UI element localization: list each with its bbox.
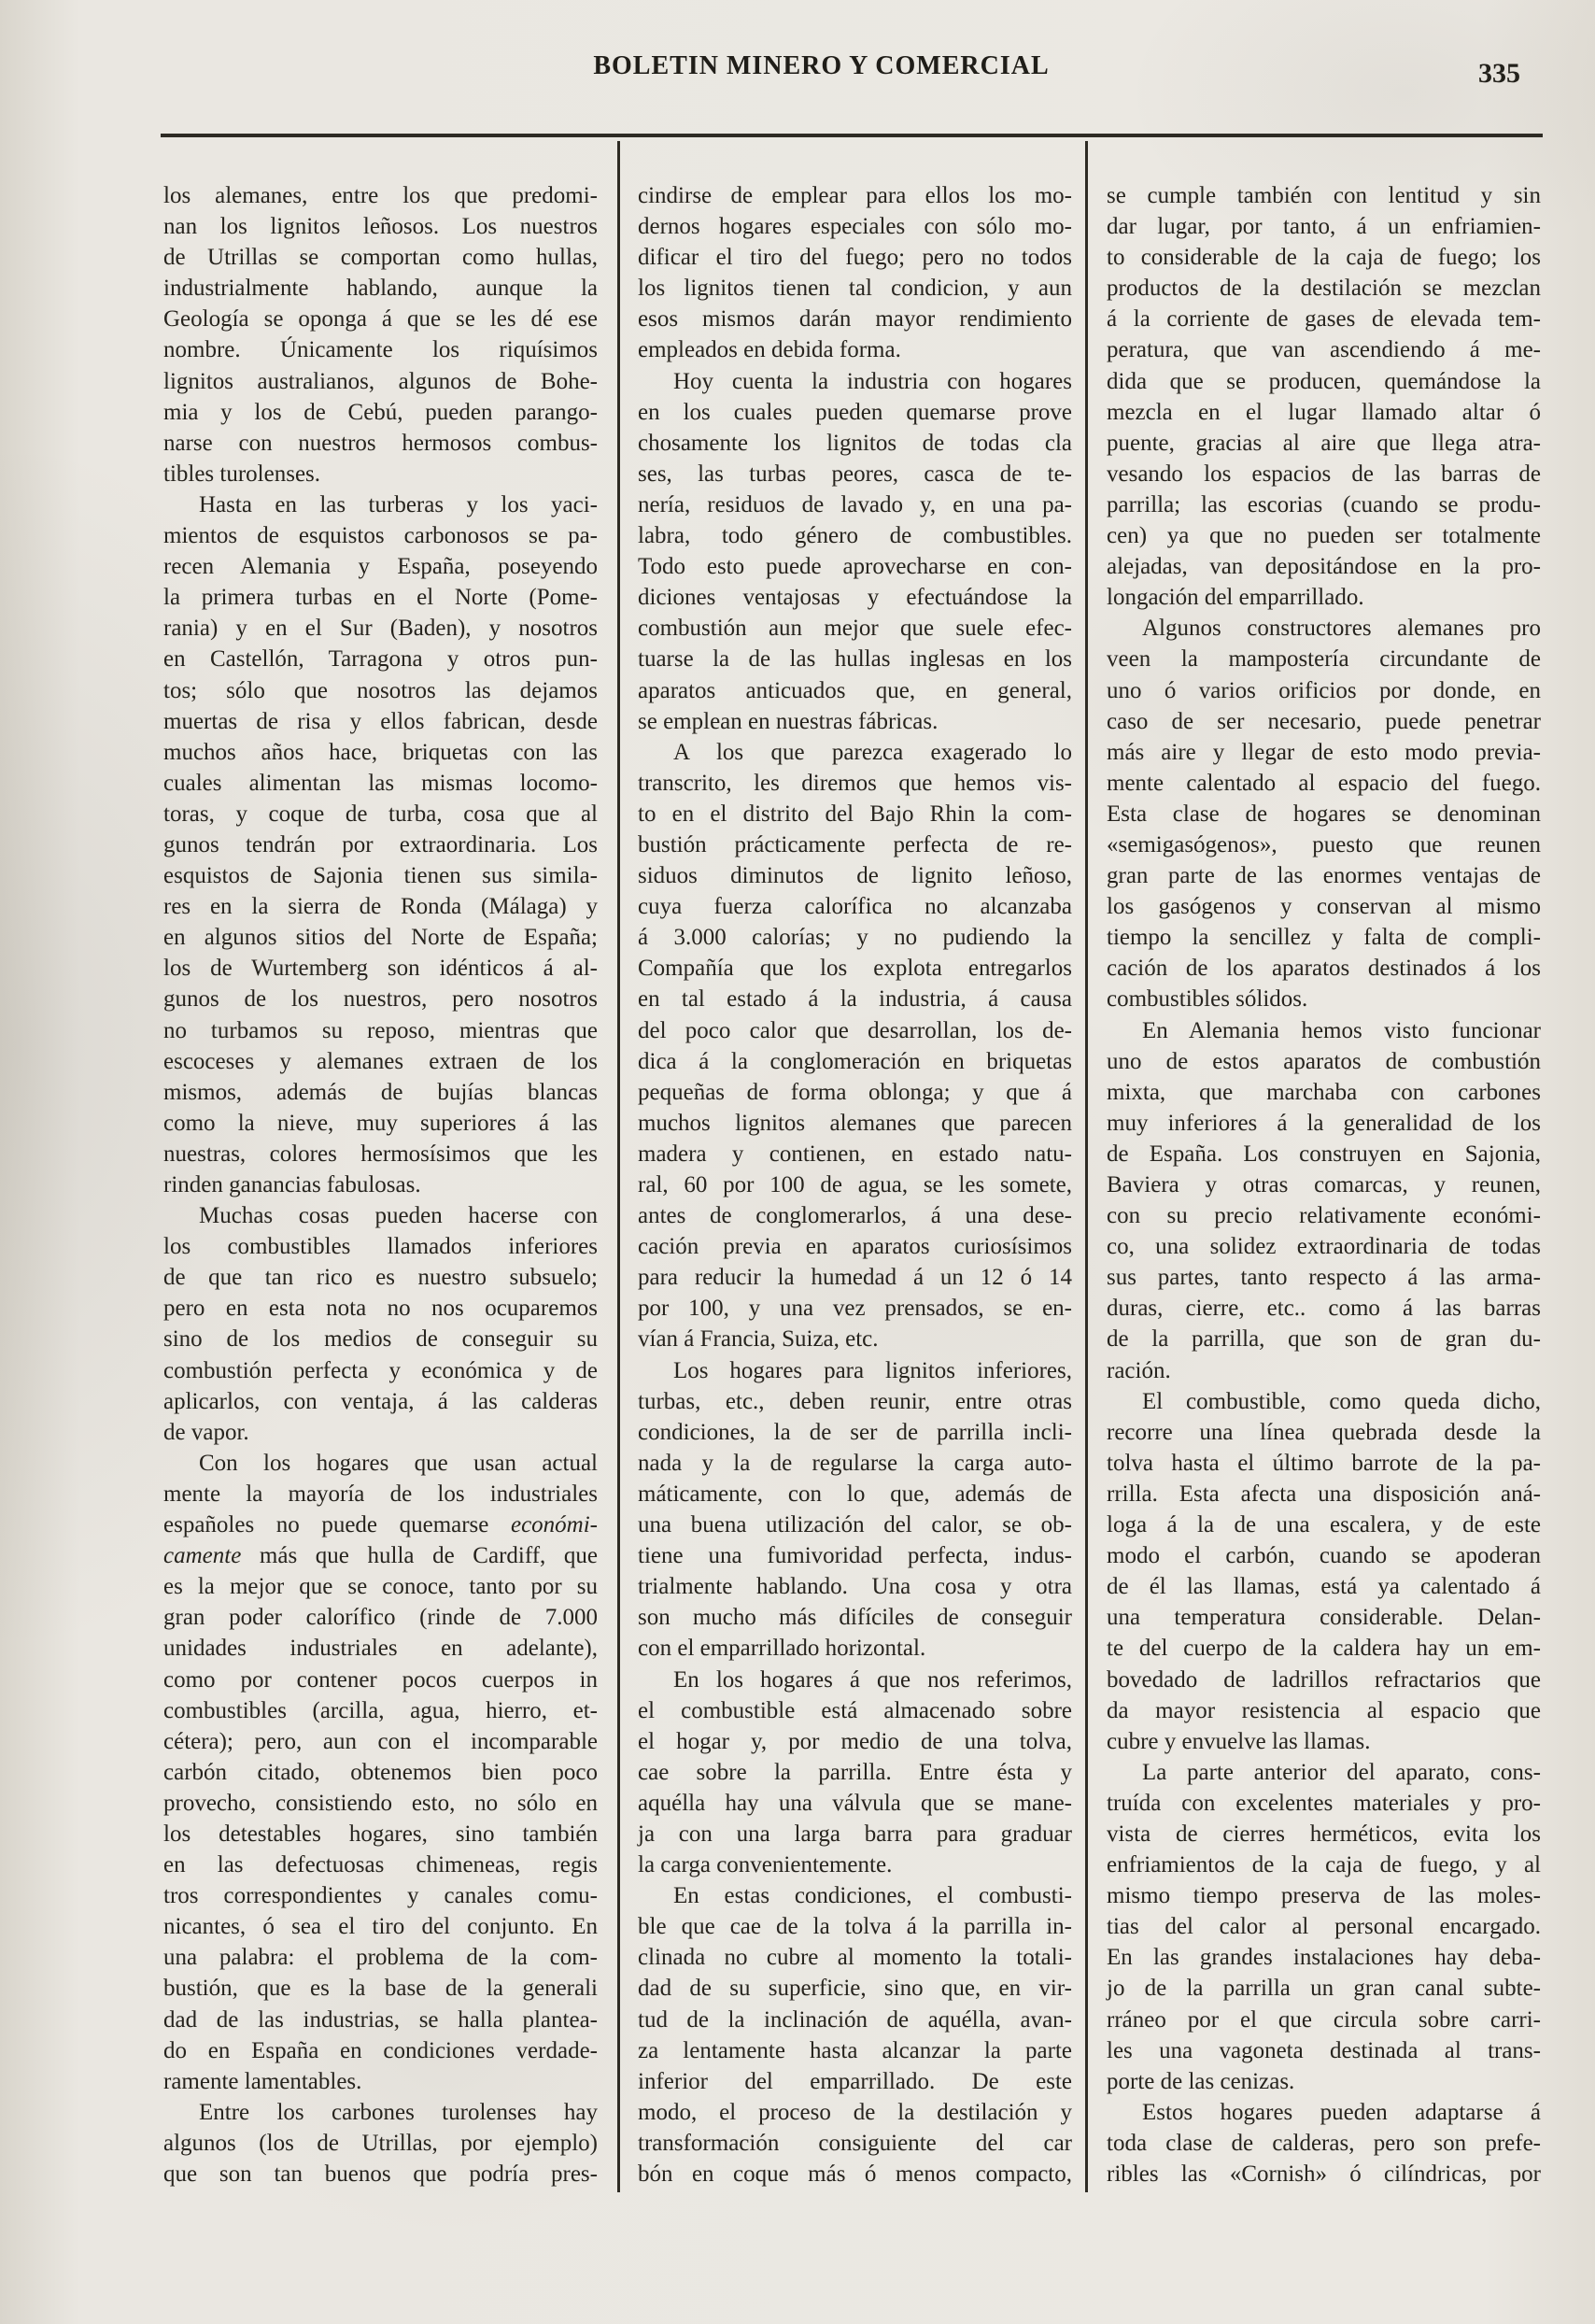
text-line: madera y contienen, en estado natu- [638, 1139, 1072, 1169]
text-line: en los cuales pueden quemarse prove [638, 397, 1072, 428]
text-line: dar lugar, por tanto, á un enfriamien- [1107, 211, 1541, 242]
text-line: dernos hogares especiales con sólo mo- [638, 211, 1072, 242]
article-column-3: se cumple también con lentitud y sindar … [1107, 180, 1541, 2189]
text-line: El combustible, como queda dicho, [1107, 1386, 1541, 1417]
text-line: como por contener pocos cuerpos in [163, 1665, 598, 1695]
text-line: narse con nuestros hermosos combus- [163, 428, 598, 459]
text-line: máticamente, con lo que, además de [638, 1479, 1072, 1509]
text-line: más aire y llegar de esto modo previa- [1107, 737, 1541, 768]
text-line: camente más que hulla de Cardiff, que [163, 1540, 598, 1571]
text-line: el hogar y, por medio de una tolva, [638, 1726, 1072, 1757]
text-line: Con los hogares que usan actual [163, 1448, 598, 1479]
text-line: modo el carbón, cuando se apoderan [1107, 1540, 1541, 1571]
text-line: Compañía que los explota entregarlos [638, 953, 1072, 984]
text-line: te del cuerpo de la caldera hay un em- [1107, 1633, 1541, 1664]
text-line: mientos de esquistos carbonosos se pa- [163, 520, 598, 551]
text-line: una palabra: el problema de la com- [163, 1942, 598, 1973]
text-line: en algunos sitios del Norte de España; [163, 922, 598, 953]
text-line: para reducir la humedad á un 12 ó 14 [638, 1262, 1072, 1293]
text-line: muchos años hace, briquetas con las [163, 737, 598, 768]
text-line: combustibles (arcilla, agua, hierro, et- [163, 1695, 598, 1726]
text-line: cubre y envuelve las llamas. [1107, 1726, 1541, 1757]
text-line: recorre una línea quebrada desde la [1107, 1417, 1541, 1448]
text-line: Geología se oponga á que se les dé ese [163, 304, 598, 334]
text-line: Algunos constructores alemanes pro [1107, 613, 1541, 644]
text-line: dad de su superficie, sino que, en vir- [638, 1973, 1072, 2004]
text-line: toda clase de calderas, pero son prefe- [1107, 2128, 1541, 2159]
text-line: esos mismos darán mayor rendimiento [638, 304, 1072, 334]
text-line: con el emparrillado horizontal. [638, 1633, 1072, 1664]
text-line: el combustible está almacenado sobre [638, 1695, 1072, 1726]
text-line: una buena utilización del calor, se ob- [638, 1509, 1072, 1540]
text-line: peratura, que van ascendiendo á me- [1107, 334, 1541, 365]
text-line: aquélla hay una válvula que se mane- [638, 1788, 1072, 1819]
text-line: condiciones, la de ser de parrilla incli… [638, 1417, 1072, 1448]
text-line: pero en esta nota no nos ocuparemos [163, 1293, 598, 1324]
text-line: tolva hasta el último barrote de la pa- [1107, 1448, 1541, 1479]
text-line: duras, cierre, etc.. como á las barras [1107, 1293, 1541, 1324]
text-line: vesando los espacios de las barras de [1107, 459, 1541, 489]
text-line: Los hogares para lignitos inferiores, [638, 1355, 1072, 1386]
text-line: nuestras, colores hermosísimos que les [163, 1139, 598, 1169]
text-line: gunos tendrán por extraordinaria. Los [163, 829, 598, 860]
text-line: antes de conglomerarlos, á una dese- [638, 1200, 1072, 1231]
text-line: escoceses y alemanes extraen de los [163, 1046, 598, 1077]
text-line: con su precio relativamente económi- [1107, 1200, 1541, 1231]
text-line: á la corriente de gases de elevada tem- [1107, 304, 1541, 334]
text-line: la primera turbas en el Norte (Pome- [163, 582, 598, 613]
text-line: to considerable de la caja de fuego; los [1107, 242, 1541, 273]
text-line: tud de la inclinación de aquélla, avan- [638, 2005, 1072, 2035]
text-line: tros correspondientes y canales comu- [163, 1880, 598, 1911]
text-line: to en el distrito del Bajo Rhin la com- [638, 799, 1072, 829]
text-line: modo, el proceso de la destilación y [638, 2097, 1072, 2128]
text-line: res en la sierra de Ronda (Málaga) y [163, 891, 598, 922]
text-line: unidades industriales en adelante), [163, 1633, 598, 1664]
text-line: clinada no cubre al momento la totali- [638, 1942, 1072, 1973]
text-line: A los que parezca exagerado lo [638, 737, 1072, 768]
text-line: vían á Francia, Suiza, etc. [638, 1324, 1072, 1354]
text-line: no turbamos su reposo, mientras que [163, 1015, 598, 1046]
text-line: Todo esto puede aprovecharse en con- [638, 551, 1072, 582]
text-line: recen Alemania y España, poseyendo [163, 551, 598, 582]
masthead-title: BOLETIN MINERO Y COMERCIAL [133, 53, 1510, 79]
text-line: mia y los de Cebú, pueden parango- [163, 397, 598, 428]
text-line: porte de las cenizas. [1107, 2066, 1541, 2097]
text-line: parrilla; las escorias (cuando se produ- [1107, 489, 1541, 520]
text-line: combustión perfecta y económica y de [163, 1355, 598, 1386]
text-line: la carga convenientemente. [638, 1849, 1072, 1880]
text-line: ble que cae de la tolva á la parrilla in… [638, 1911, 1072, 1942]
text-line: chosamente los lignitos de todas cla [638, 428, 1072, 459]
text-line: tiene una fumivoridad perfecta, indus- [638, 1540, 1072, 1571]
text-line: tiempo la sencillez y falta de compli- [1107, 922, 1541, 953]
text-line: da mayor resistencia al espacio que [1107, 1695, 1541, 1726]
text-line: tias del calor al personal encargado. [1107, 1911, 1541, 1942]
scanned-bulletin-page: BOLETIN MINERO Y COMERCIAL 335 los alema… [0, 0, 1595, 2324]
text-line: transcrito, les diremos que hemos vis- [638, 768, 1072, 799]
text-line: los gasógenos y conservan al mismo [1107, 891, 1541, 922]
text-line: gran poder calorífico (rinde de 7.000 [163, 1602, 598, 1633]
text-line: Estos hogares pueden adaptarse á [1107, 2097, 1541, 2128]
text-line: productos de la destilación se mezclan [1107, 273, 1541, 304]
article-column-2: cindirse de emplear para ellos los mo-de… [638, 180, 1072, 2189]
text-line: los detestables hogares, sino también [163, 1819, 598, 1849]
text-line: za lentamente hasta alcanzar la parte [638, 2035, 1072, 2066]
text-line: inferior del emparrillado. De este [638, 2066, 1072, 2097]
text-line: alejadas, van depositándose en la pro- [1107, 551, 1541, 582]
text-line: uno de estos aparatos de combustión [1107, 1046, 1541, 1077]
text-line: dificar el tiro del fuego; pero no todos [638, 242, 1072, 273]
text-line: transformación consiguiente del car [638, 2128, 1072, 2159]
article-column-1: los alemanes, entre los que predomi-nan … [163, 180, 598, 2189]
text-line: son mucho más difíciles de conseguir [638, 1602, 1072, 1633]
text-line: mixta, que marchaba con carbones [1107, 1077, 1541, 1108]
text-line: co, una solidez extraordinaria de todas [1107, 1231, 1541, 1262]
text-line: algunos (los de Utrillas, por ejemplo) [163, 2128, 598, 2159]
text-line: rrilla. Esta afecta una disposición aná- [1107, 1479, 1541, 1509]
text-line: tuarse la de las hullas inglesas en los [638, 644, 1072, 674]
text-line: mismos, además de bujías blancas [163, 1077, 598, 1108]
text-line: en tal estado á la industria, á causa [638, 984, 1072, 1014]
text-line: loga á la de una escalera, y de este [1107, 1509, 1541, 1540]
text-line: de que tan rico es nuestro subsuelo; [163, 1262, 598, 1293]
text-line: Baviera y otras comarcas, y reunen, [1107, 1169, 1541, 1200]
text-line: bustión, que es la base de la generali [163, 1973, 598, 2004]
text-line: los combustibles llamados inferiores [163, 1231, 598, 1262]
text-line: en las defectuosas chimeneas, regis [163, 1849, 598, 1880]
text-line: Entre los carbones turolenses hay [163, 2097, 598, 2128]
text-line: empleados en debida forma. [638, 334, 1072, 365]
text-line: españoles no puede quemarse económi- [163, 1509, 598, 1540]
text-line: les una vagoneta destinada al trans- [1107, 2035, 1541, 2066]
text-line: ja con una larga barra para graduar [638, 1819, 1072, 1849]
text-line: La parte anterior del aparato, cons- [1107, 1757, 1541, 1788]
text-line: cuya fuerza calorífica no alcanzaba [638, 891, 1072, 922]
text-line: caso de ser necesario, puede penetrar [1107, 706, 1541, 737]
text-line: cindirse de emplear para ellos los mo- [638, 180, 1072, 211]
text-line: En los hogares á que nos referimos, [638, 1665, 1072, 1695]
text-line: sino de los medios de conseguir su [163, 1324, 598, 1354]
text-line: los de Wurtemberg son idénticos á al- [163, 953, 598, 984]
text-line: En Alemania hemos visto funcionar [1107, 1015, 1541, 1046]
article-body: los alemanes, entre los que predomi-nan … [163, 180, 1541, 2189]
text-line: que son tan buenos que podría pres- [163, 2159, 598, 2189]
text-line: pequeñas de forma oblonga; y que á [638, 1077, 1072, 1108]
text-line: ribles las «Cornish» ó cilíndricas, por [1107, 2159, 1541, 2189]
text-line: vista de cierres herméticos, evita los [1107, 1819, 1541, 1849]
text-line: de España. Los construyen en Sajonia, [1107, 1139, 1541, 1169]
text-line: ses, las turbas peores, casca de te- [638, 459, 1072, 489]
text-line: enfriamientos de la caja de fuego, y al [1107, 1849, 1541, 1880]
text-line: Hasta en las turberas y los yaci- [163, 489, 598, 520]
text-line: de la parrilla, que son de gran du- [1107, 1324, 1541, 1354]
text-line: Esta clase de hogares se denominan [1107, 799, 1541, 829]
text-line: los alemanes, entre los que predomi- [163, 180, 598, 211]
text-line: aplicarlos, con ventaja, á las calderas [163, 1386, 598, 1417]
text-line: toras, y coque de turba, cosa que al [163, 799, 598, 829]
text-line: gran parte de las enormes ventajas de [1107, 860, 1541, 891]
text-line: nombre. Únicamente los riquísimos [163, 334, 598, 365]
text-line: nan los lignitos leñosos. Los nuestros [163, 211, 598, 242]
text-line: bustión prácticamente perfecta de re- [638, 829, 1072, 860]
text-line: dica á la conglomeración en briquetas [638, 1046, 1072, 1077]
text-line: mente la mayoría de los industriales [163, 1479, 598, 1509]
text-line: uno ó varios orificios por donde, en [1107, 675, 1541, 706]
text-line: aparatos anticuados que, en general, [638, 675, 1072, 706]
text-line: nería, residuos de lavado y, en una pa- [638, 489, 1072, 520]
text-line: combustión aun mejor que suele efec- [638, 613, 1072, 644]
text-line: se cumple también con lentitud y sin [1107, 180, 1541, 211]
text-line: En estas condiciones, el combusti- [638, 1880, 1072, 1911]
text-line: diciones ventajosas y efectuándose la [638, 582, 1072, 613]
text-line: provecho, consistiendo esto, no sólo en [163, 1788, 598, 1819]
text-line: Muchas cosas pueden hacerse con [163, 1200, 598, 1231]
header-rule [161, 134, 1543, 137]
text-line: mismo tiempo preserva de las moles- [1107, 1880, 1541, 1911]
text-line: por 100, y una vez prensados, se en- [638, 1293, 1072, 1324]
text-line: rráneo por el que circula sobre carri- [1107, 2005, 1541, 2035]
text-line: jo de la parrilla un gran canal subte- [1107, 1973, 1541, 2004]
text-line: trialmente hablando. Una cosa y otra [638, 1571, 1072, 1602]
text-line: los lignitos tienen tal condicion, y aun [638, 273, 1072, 304]
text-line: mezcla en el lugar llamado altar ó [1107, 397, 1541, 428]
text-line: es la mejor que se conoce, tanto por su [163, 1571, 598, 1602]
text-line: cación previa en aparatos curiosísimos [638, 1231, 1072, 1262]
text-line: esquistos de Sajonia tienen sus simila- [163, 860, 598, 891]
text-line: cuales alimentan las mismas locomo- [163, 768, 598, 799]
text-line: veen la mampostería circundante de [1107, 644, 1541, 674]
text-line: dad de las industrias, se halla plantea- [163, 2005, 598, 2035]
text-line: de él las llamas, está ya calentado á [1107, 1571, 1541, 1602]
text-line: á 3.000 calorías; y no pudiendo la [638, 922, 1072, 953]
text-line: gunos de los nuestros, pero nosotros [163, 984, 598, 1014]
text-line: combustibles sólidos. [1107, 984, 1541, 1014]
text-line: tibles turolenses. [163, 459, 598, 489]
text-line: cae sobre la parrilla. Entre ésta y [638, 1757, 1072, 1788]
text-line: cación de los aparatos destinados á los [1107, 953, 1541, 984]
text-line: rania) y en el Sur (Baden), y nosotros [163, 613, 598, 644]
text-line: nicantes, ó sea el tiro del conjunto. En [163, 1911, 598, 1942]
text-line: muertas de risa y ellos fabrican, desde [163, 706, 598, 737]
text-line: mente calentado al espacio del fuego. [1107, 768, 1541, 799]
text-line: «semigasógenos», puesto que reunen [1107, 829, 1541, 860]
text-line: una temperatura considerable. Delan- [1107, 1602, 1541, 1633]
text-line: siduos diminutos de lignito leñoso, [638, 860, 1072, 891]
text-line: ración. [1107, 1355, 1541, 1386]
text-line: sus partes, tanto respecto á las arma- [1107, 1262, 1541, 1293]
text-line: del poco calor que desarrollan, los de- [638, 1015, 1072, 1046]
text-line: labra, todo género de combustibles. [638, 520, 1072, 551]
text-line: tos; sólo que nosotros las dejamos [163, 675, 598, 706]
text-line: puente, gracias al aire que llega atra- [1107, 428, 1541, 459]
text-line: de Utrillas se comportan como hullas, [163, 242, 598, 273]
text-line: se emplean en nuestras fábricas. [638, 706, 1072, 737]
text-line: bovedado de ladrillos refractarios que [1107, 1665, 1541, 1695]
text-line: muy inferiores á la generalidad de los [1107, 1108, 1541, 1139]
text-line: cétera); pero, aun con el incomparable [163, 1726, 598, 1757]
text-line: En las grandes instalaciones hay deba- [1107, 1942, 1541, 1973]
text-line: como la nieve, muy superiores á las [163, 1108, 598, 1139]
text-line: turbas, etc., deben reunir, entre otras [638, 1386, 1072, 1417]
text-line: ral, 60 por 100 de agua, se les somete, [638, 1169, 1072, 1200]
text-line: Hoy cuenta la industria con hogares [638, 366, 1072, 397]
text-line: do en España en condiciones verdade- [163, 2035, 598, 2066]
page-number: 335 [1478, 60, 1520, 88]
text-line: bón en coque más ó menos compacto, [638, 2159, 1072, 2189]
text-line: en Castellón, Tarragona y otros pun- [163, 644, 598, 674]
text-line: ramente lamentables. [163, 2066, 598, 2097]
text-line: dida que se producen, quemándose la [1107, 366, 1541, 397]
text-line: longación del emparrillado. [1107, 582, 1541, 613]
text-line: carbón citado, obtenemos bien poco [163, 1757, 598, 1788]
text-line: muchos lignitos alemanes que parecen [638, 1108, 1072, 1139]
text-line: lignitos australianos, algunos de Bohe- [163, 366, 598, 397]
text-line: de vapor. [163, 1417, 598, 1448]
text-line: truída con excelentes materiales y pro- [1107, 1788, 1541, 1819]
text-line: cen) ya que no pueden ser totalmente [1107, 520, 1541, 551]
text-line: industrialmente hablando, aunque la [163, 273, 598, 304]
text-line: rinden ganancias fabulosas. [163, 1169, 598, 1200]
text-line: nada y la de regularse la carga auto- [638, 1448, 1072, 1479]
